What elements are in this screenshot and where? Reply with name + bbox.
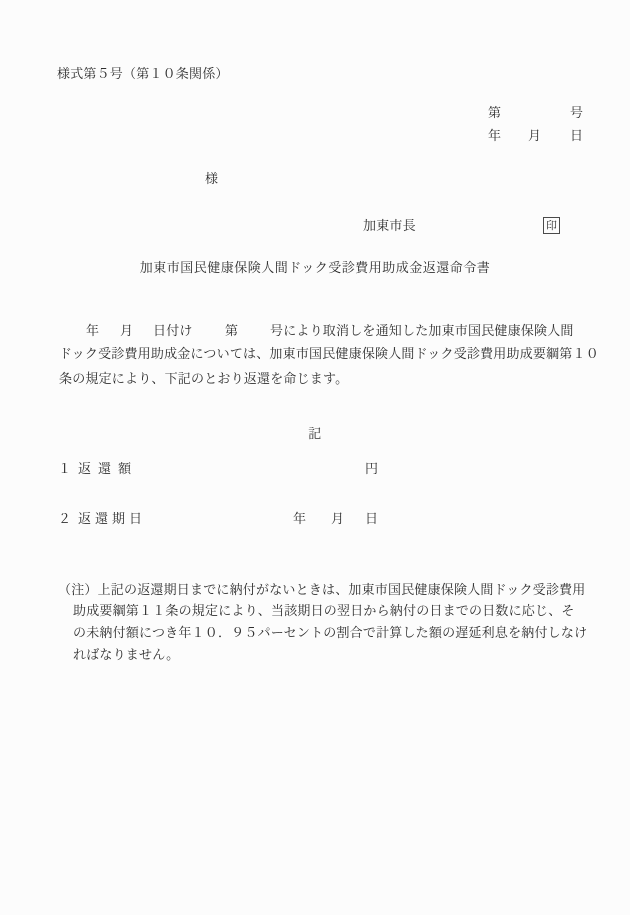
date-month-label: 月 — [528, 129, 541, 144]
note-line-1: （注）上記の返還期日までに納付がないときは、加東市国民健康保険人間ドック受診費用 — [58, 583, 585, 598]
document-title: 加東市国民健康保険人間ドック受診費用助成金返還命令書 — [0, 261, 630, 276]
body-line1-month: 月 — [120, 324, 133, 339]
note-line-2: 助成要綱第１１条の規定により、当該期日の翌日から納付の日までの日数に応じ、そ — [73, 604, 575, 619]
item2-month-label: 月 — [331, 512, 344, 527]
document-page: 様式第５号（第１０条関係） 第 号 年 月 日 様 加東市長 印 加東市国民健康… — [0, 0, 630, 915]
item2-label: 返還期日 — [78, 512, 146, 527]
body-line1-dai: 第 — [225, 324, 238, 339]
note-line-4: ればなりません。 — [73, 648, 179, 663]
body-line1-day-suffix: 日付け — [153, 324, 193, 339]
doc-number-suffix: 号 — [570, 106, 583, 121]
body-line3: 条の規定により、下記のとおり返還を命じます。 — [59, 372, 348, 387]
item2-day-label: 日 — [365, 512, 378, 527]
item1-unit: 円 — [365, 462, 378, 477]
doc-number-prefix: 第 — [488, 106, 501, 121]
form-number: 様式第５号（第１０条関係） — [57, 67, 229, 82]
body-line1-year: 年 — [86, 324, 99, 339]
seal-label: 印 — [546, 220, 557, 231]
body-line1-rest: 号により取消しを通知した加東市国民健康保険人間 — [270, 324, 574, 339]
item2-number: ２ — [58, 512, 71, 527]
item2-year-label: 年 — [293, 512, 306, 527]
note-line-3: の未納付額につき年１０．９５パーセントの割合で計算した額の遅延利息を納付しなけ — [73, 626, 587, 641]
ki-heading: 記 — [0, 427, 630, 442]
date-year-label: 年 — [488, 129, 501, 144]
seal-mark: 印 — [543, 217, 560, 234]
body-line2: ドック受診費用助成金については、加東市国民健康保険人間ドック受診費用助成要綱第１… — [59, 347, 599, 362]
addressee-suffix: 様 — [205, 172, 218, 187]
date-day-label: 日 — [570, 129, 583, 144]
item1-label: 返還額 — [78, 462, 138, 477]
issuer-name: 加東市長 — [363, 219, 416, 234]
item1-number: １ — [58, 462, 71, 477]
